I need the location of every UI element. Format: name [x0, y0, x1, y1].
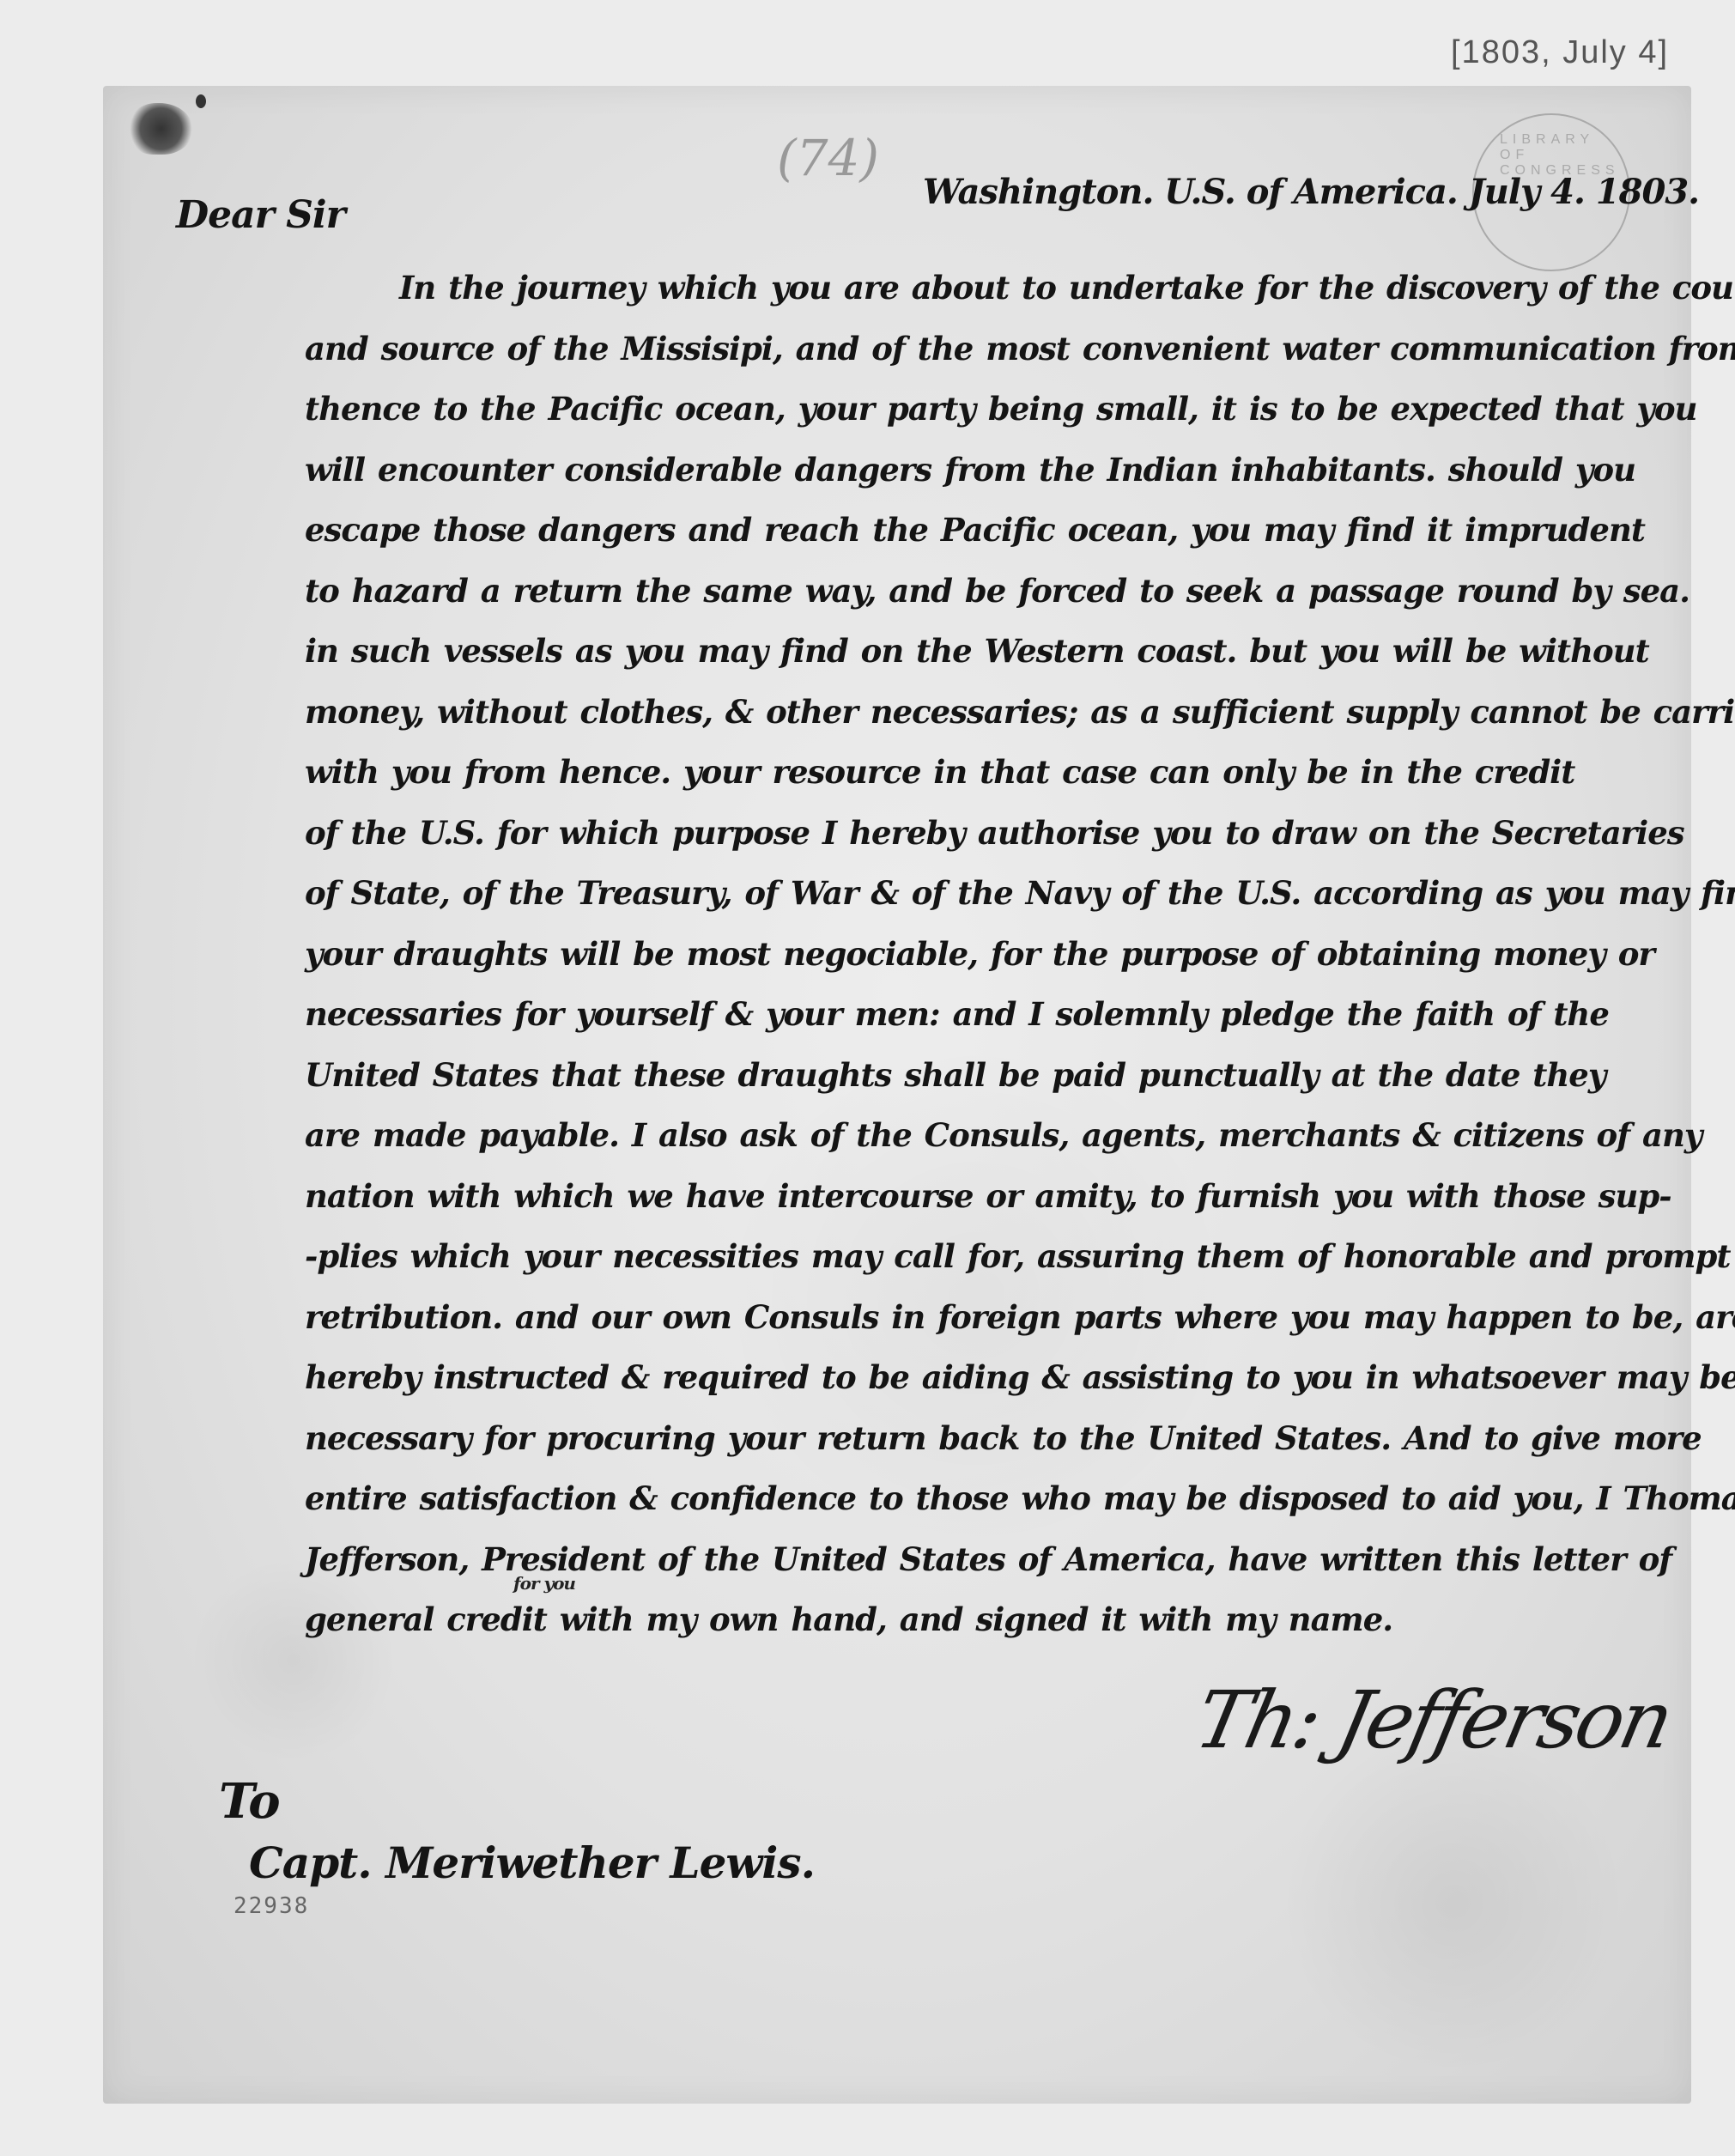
- place-and-date-line: Washington. U.S. of America. July 4. 180…: [923, 172, 1699, 212]
- signature: Th: Jefferson: [1188, 1674, 1678, 1766]
- salutation: Dear Sir: [176, 193, 345, 237]
- body-line: with you from hence. your resource in th…: [305, 742, 1687, 803]
- ink-blot-mark: [129, 103, 193, 155]
- archive-date-annotation: [1803, July 4]: [1451, 34, 1669, 71]
- body-line: and source of the Missisipi, and of the …: [305, 319, 1687, 380]
- body-line: money, without clothes, & other necessar…: [305, 682, 1687, 743]
- ink-dot-mark: [196, 94, 206, 108]
- body-line: necessaries for yourself & your men: and…: [305, 984, 1687, 1045]
- body-line: Jefferson, President of the United State…: [305, 1529, 1687, 1590]
- body-line: nation with which we have intercourse or…: [305, 1166, 1687, 1227]
- body-line: escape those dangers and reach the Pacif…: [305, 500, 1687, 561]
- body-line: entire satisfaction & confidence to thos…: [305, 1468, 1687, 1529]
- body-line: of State, of the Treasury, of War & of t…: [305, 863, 1687, 924]
- body-line: -plies which your necessities may call f…: [305, 1226, 1687, 1287]
- letter-body: In the journey which you are about to un…: [305, 258, 1687, 1650]
- address-to-label: To: [219, 1773, 280, 1830]
- body-line: will encounter considerable dangers from…: [305, 440, 1687, 501]
- catalog-number: 22938: [234, 1893, 309, 1919]
- addressee-name: Capt. Meriwether Lewis.: [249, 1837, 815, 1888]
- body-line: in such vessels as you may find on the W…: [305, 621, 1687, 682]
- body-line: In the journey which you are about to un…: [305, 258, 1687, 319]
- body-line: United States that these draughts shall …: [305, 1045, 1687, 1106]
- body-line: general credit with my own hand, and sig…: [305, 1589, 1687, 1650]
- body-line: your draughts will be most negociable, f…: [305, 924, 1687, 985]
- interlinear-insertion: for you: [513, 1573, 575, 1594]
- body-line: thence to the Pacific ocean, your party …: [305, 379, 1687, 440]
- body-line: of the U.S. for which purpose I hereby a…: [305, 803, 1687, 864]
- folio-number: (74): [777, 129, 879, 187]
- body-line: to hazard a return the same way, and be …: [305, 561, 1687, 622]
- body-line: are made payable. I also ask of the Cons…: [305, 1105, 1687, 1166]
- body-line: hereby instructed & required to be aidin…: [305, 1347, 1687, 1408]
- body-line: retribution. and our own Consuls in fore…: [305, 1287, 1687, 1348]
- body-line: necessary for procuring your return back…: [305, 1408, 1687, 1469]
